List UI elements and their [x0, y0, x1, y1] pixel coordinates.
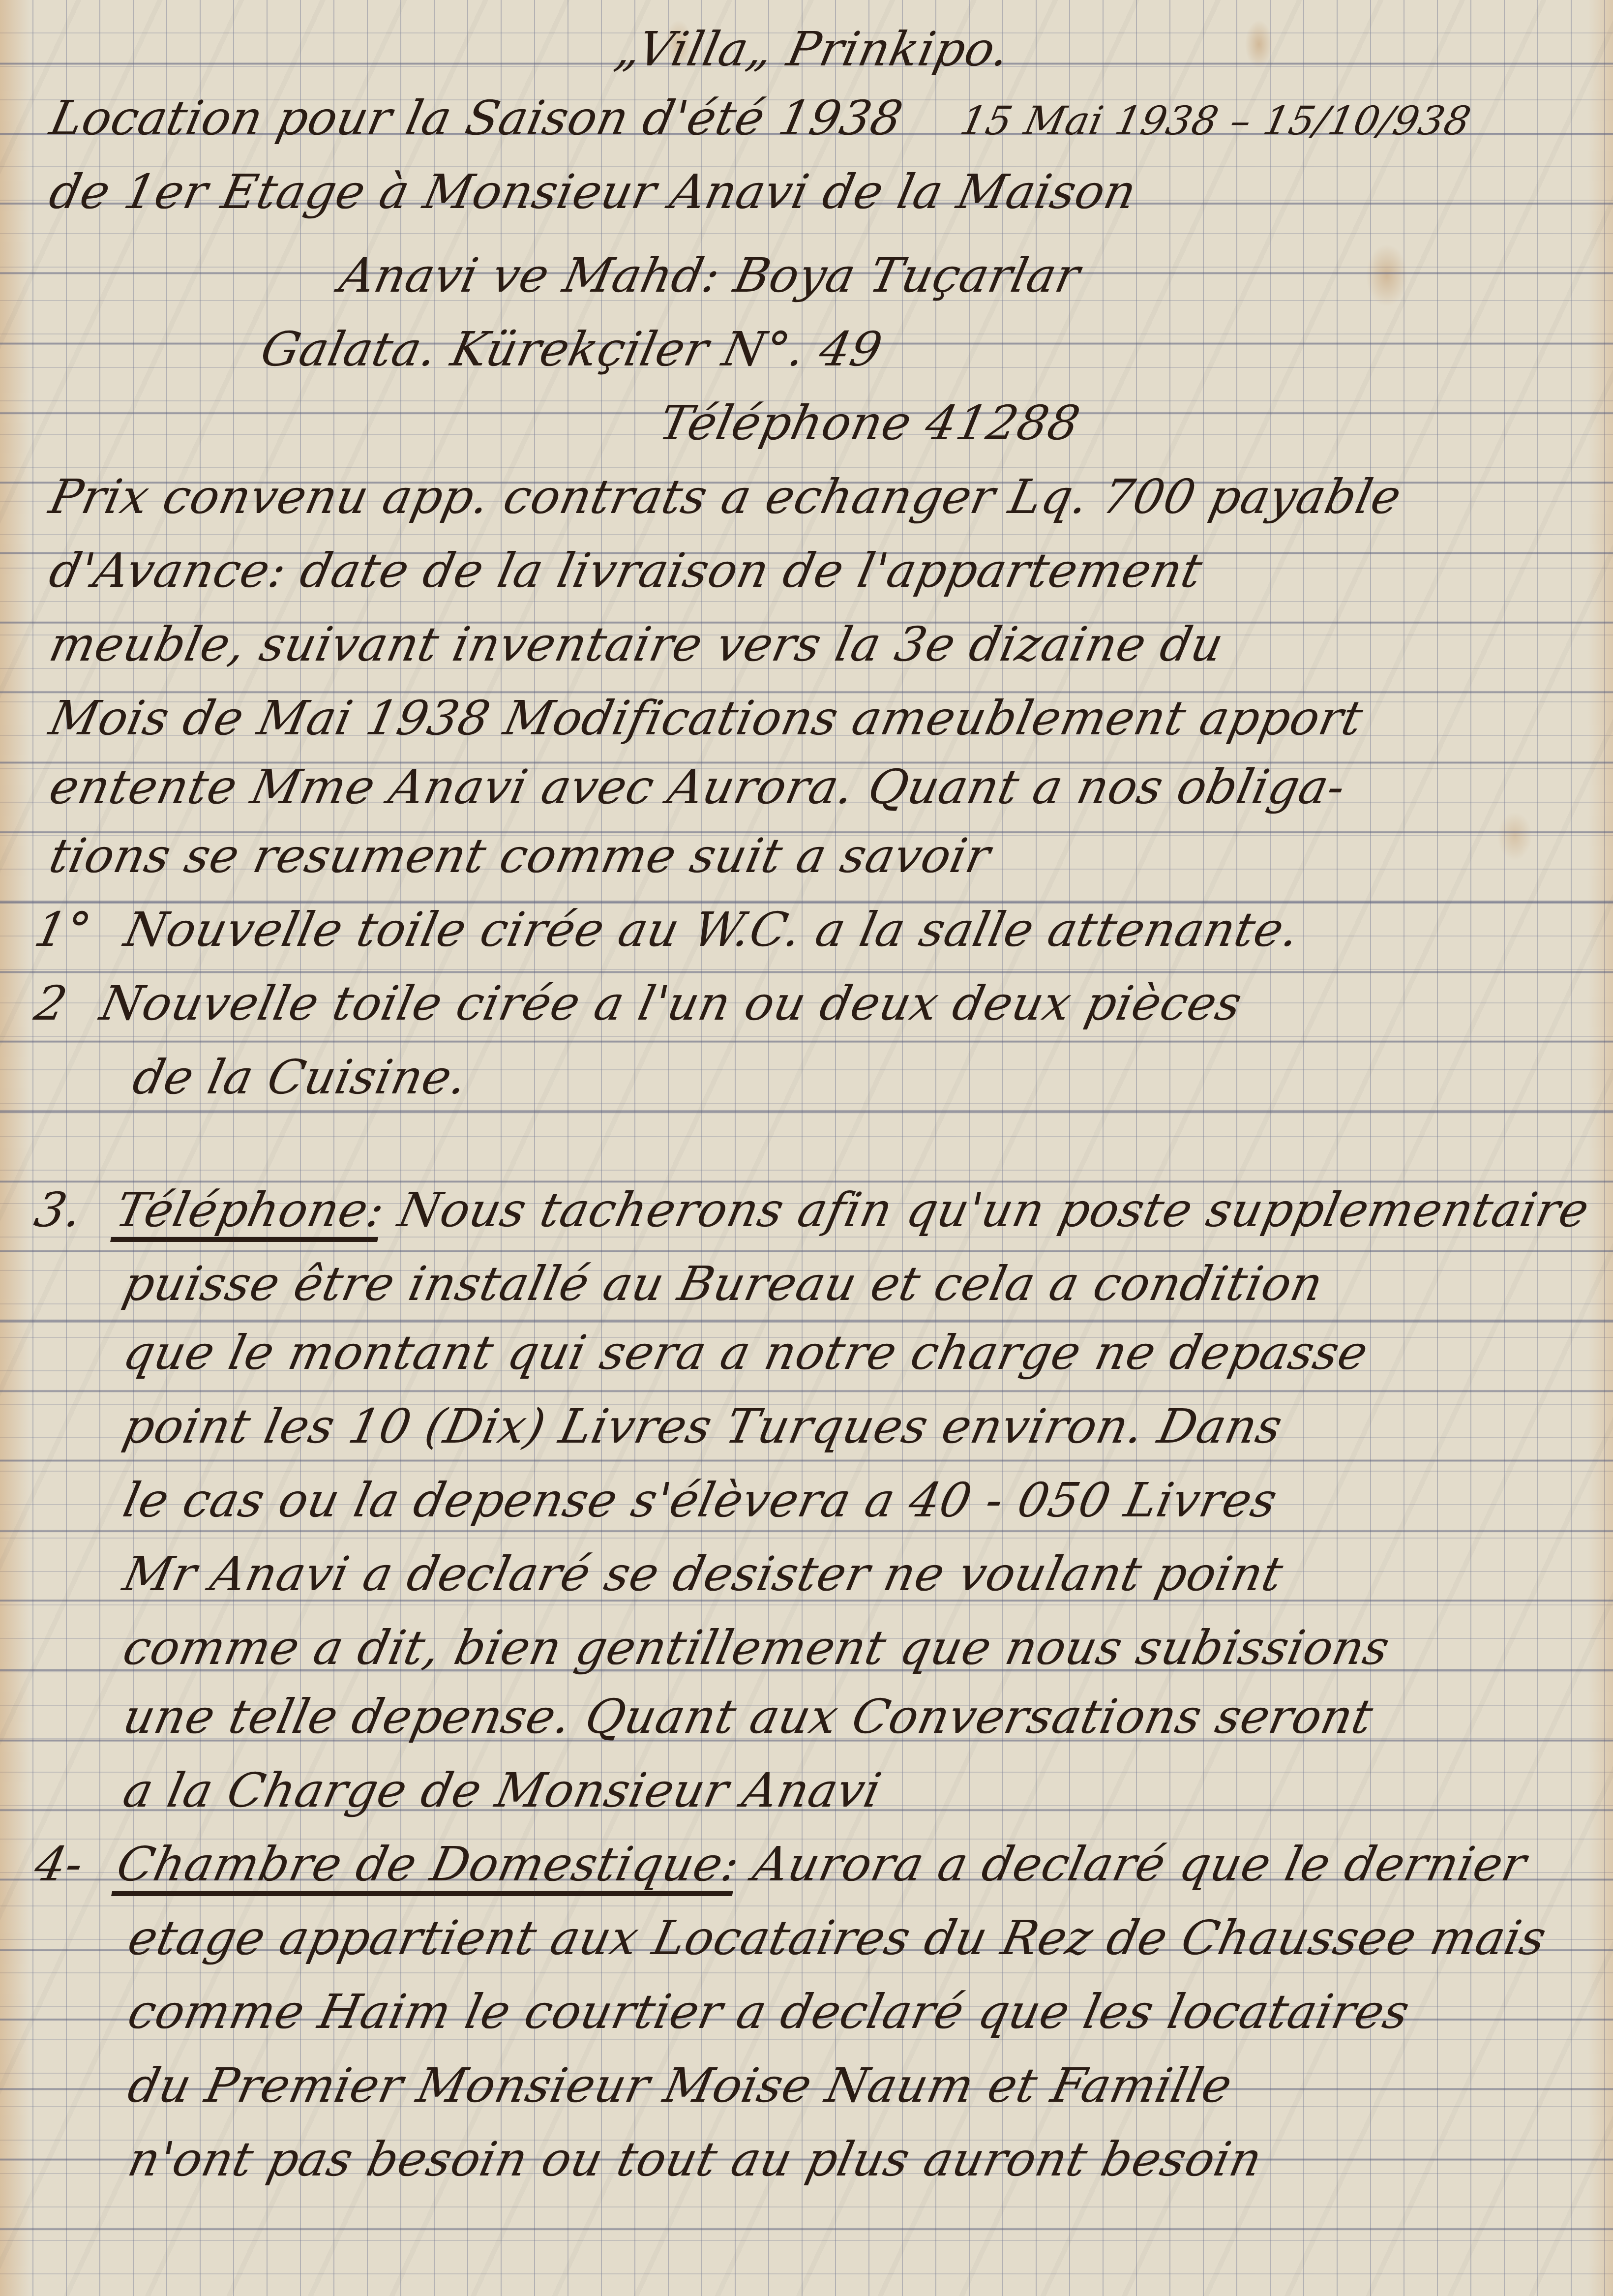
- item-1: 1° Nouvelle toile cirée au W.C. a la sal…: [30, 900, 1305, 959]
- item-number: 2: [30, 974, 73, 1033]
- header-line-company: Anavi ve Mahd: Boya Tuçarlar: [334, 246, 1085, 305]
- item-3-line: comme a dit, bien gentillement que nous …: [118, 1618, 1395, 1677]
- item-4: 4- Chambre de Domestique: Aurora a decla…: [30, 1835, 1532, 1894]
- item-number: 1°: [30, 900, 97, 959]
- item-4-line: comme Haim le courtier a declaré que les…: [123, 1982, 1415, 2041]
- body-line: d'Avance: date de la livraison de l'appa…: [44, 541, 1208, 600]
- header-line-telephone: Téléphone 41288: [654, 393, 1085, 453]
- letter-title: „Villa„ Prinkipo.: [0, 20, 1613, 79]
- body-line: Prix convenu app. contrats a echanger Lq…: [44, 467, 1407, 526]
- item-2: 2 Nouvelle toile cirée a l'un ou deux de…: [30, 974, 1248, 1033]
- header-line-address: Galata. Kürekçiler N°. 49: [256, 320, 888, 379]
- item-4-line: du Premier Monsieur Moise Naum et Famill…: [123, 2056, 1238, 2115]
- item-3-line: point les 10 (Dix) Livres Turques enviro…: [118, 1397, 1288, 1456]
- header-rental-dates: 15 Mai 1938 – 15/10/938: [956, 98, 1475, 144]
- item-3-line: Mr Anavi a declaré se desister ne voulan…: [118, 1544, 1288, 1603]
- item-3-line: le cas ou la depense s'élèvera a 40 - 05…: [118, 1471, 1283, 1530]
- item-2-continuation: de la Cuisine.: [128, 1048, 473, 1107]
- body-line: meuble, suivant inventaire vers la 3e di…: [44, 615, 1229, 674]
- item-heading: Téléphone:: [111, 1182, 390, 1238]
- item-number: 3.: [30, 1180, 88, 1239]
- item-number: 4-: [30, 1835, 89, 1894]
- item-3-line: que le montant qui sera a notre charge n…: [118, 1323, 1374, 1382]
- item-text: Aurora a declaré que le dernier: [748, 1837, 1531, 1892]
- item-3-line: une telle depense. Quant aux Conversatio…: [118, 1687, 1378, 1746]
- item-4-line: n'ont pas besoin ou tout au plus auront …: [123, 2130, 1268, 2189]
- item-text: Nouvelle toile cirée a l'un ou deux deux…: [95, 976, 1247, 1031]
- item-3: 3. Téléphone: Nous tacherons afin qu'un …: [30, 1180, 1595, 1239]
- item-text: Nouvelle toile cirée au W.C. a la salle …: [119, 902, 1304, 957]
- item-3-line: a la Charge de Monsieur Anavi: [118, 1761, 887, 1820]
- item-text: Nous tacherons afin qu'un poste suppleme…: [393, 1182, 1594, 1238]
- handwritten-letter: „Villa„ Prinkipo. Location pour la Saiso…: [0, 0, 1613, 2296]
- header-location-text: Location pour la Saison d'été 1938: [45, 91, 908, 146]
- body-line: entente Mme Anavi avec Aurora. Quant a n…: [44, 757, 1351, 816]
- item-heading: Chambre de Domestique:: [112, 1837, 745, 1892]
- header-line-location: Location pour la Saison d'été 1938 15 Ma…: [44, 89, 1477, 151]
- item-3-line: puisse être installé au Bureau et cela a…: [118, 1254, 1329, 1313]
- body-line: Mois de Mai 1938 Modifications ameubleme…: [44, 689, 1369, 748]
- body-line: tions se resument comme suit a savoir: [44, 826, 996, 885]
- header-line-etage: de 1er Etage à Monsieur Anavi de la Mais…: [44, 162, 1142, 221]
- item-4-line: etage appartient aux Locataires du Rez d…: [123, 1908, 1552, 1967]
